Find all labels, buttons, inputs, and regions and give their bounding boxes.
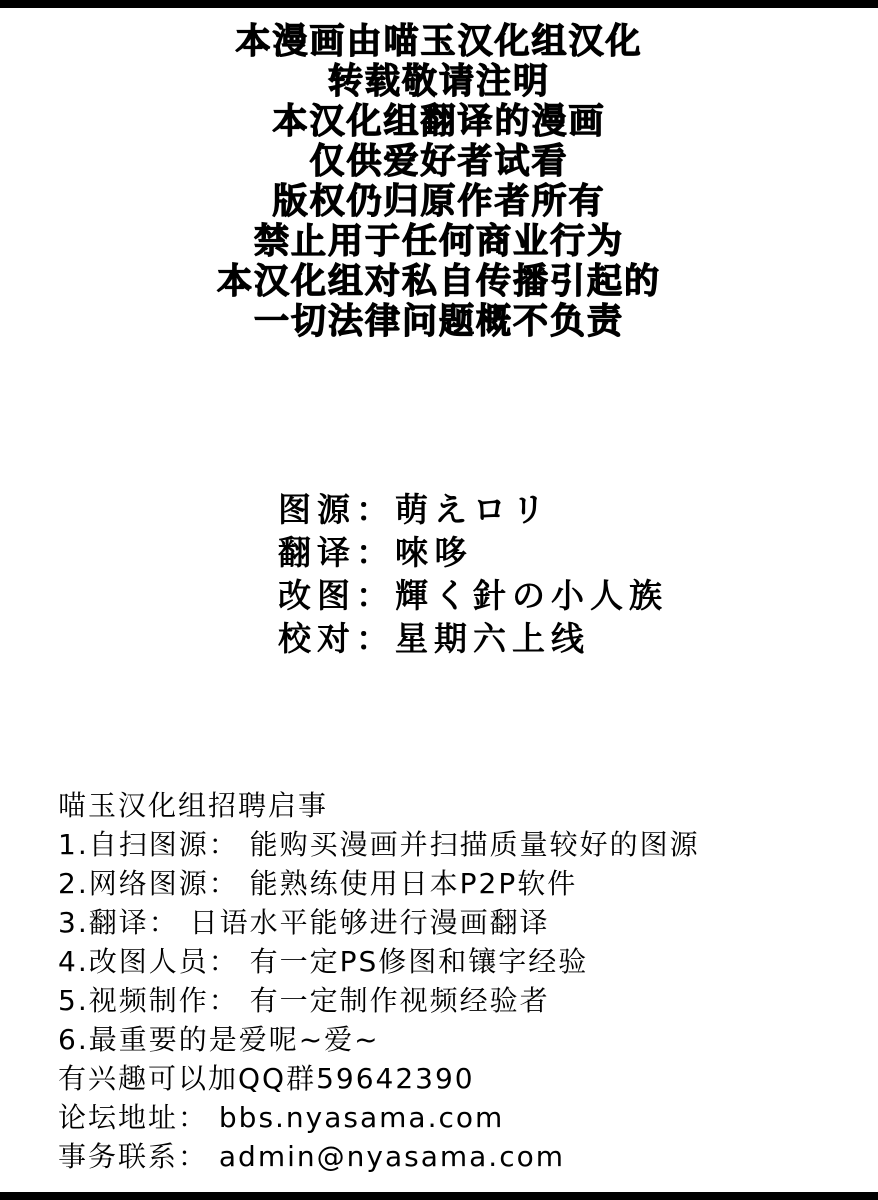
credit-role-label: 校对： (278, 619, 395, 658)
forum-address-line: 论坛地址： bbs.nyasama.com (58, 1098, 700, 1137)
credit-person-name: 唻哆 (395, 533, 473, 572)
disclaimer-block: 本漫画由喵玉汉化组汉化 转载敬请注明 本汉化组翻译的漫画 仅供爱好者试看 版权仍… (0, 22, 878, 342)
bottom-edge-bar (0, 1192, 878, 1200)
disclaimer-line: 版权仍归原作者所有 (0, 182, 878, 222)
credit-row-editor: 改图：輝く針の小人族 (278, 574, 668, 617)
scanlation-credits-page: { "page": { "background": "#ffffff", "te… (0, 0, 878, 1200)
recruitment-block: 喵玉汉化组招聘启事 1.自扫图源： 能购买漫画并扫描质量较好的图源 2.网络图源… (58, 786, 700, 1176)
disclaimer-line: 本汉化组翻译的漫画 (0, 102, 878, 142)
recruitment-item: 6.最重要的是爱呢~爱~ (58, 1020, 700, 1059)
credit-person-name: 萌えロリ (395, 490, 551, 529)
credits-block: 图源：萌えロリ 翻译：唻哆 改图：輝く針の小人族 校对：星期六上线 (278, 488, 668, 660)
recruitment-title: 喵玉汉化组招聘启事 (58, 786, 700, 825)
credit-role-label: 图源： (278, 490, 395, 529)
recruitment-item: 5.视频制作： 有一定制作视频经验者 (58, 981, 700, 1020)
recruitment-item: 1.自扫图源： 能购买漫画并扫描质量较好的图源 (58, 825, 700, 864)
qq-group-line: 有兴趣可以加QQ群59642390 (58, 1059, 700, 1098)
credit-person-name: 星期六上线 (395, 619, 590, 658)
contact-email-line: 事务联系： admin@nyasama.com (58, 1137, 700, 1176)
disclaimer-line: 本汉化组对私自传播引起的 (0, 262, 878, 302)
credit-row-translator: 翻译：唻哆 (278, 531, 668, 574)
recruitment-item: 2.网络图源： 能熟练使用日本P2P软件 (58, 864, 700, 903)
top-edge-bar (0, 0, 878, 8)
disclaimer-line: 一切法律问题概不负责 (0, 302, 878, 342)
recruitment-item: 3.翻译： 日语水平能够进行漫画翻译 (58, 903, 700, 942)
credit-role-label: 改图： (278, 576, 395, 615)
disclaimer-line: 仅供爱好者试看 (0, 142, 878, 182)
credit-person-name: 輝く針の小人族 (395, 576, 668, 615)
credit-row-source: 图源：萌えロリ (278, 488, 668, 531)
disclaimer-line: 禁止用于任何商业行为 (0, 222, 878, 262)
credit-row-proofreader: 校对：星期六上线 (278, 617, 668, 660)
disclaimer-line: 本漫画由喵玉汉化组汉化 (0, 22, 878, 62)
disclaimer-line: 转载敬请注明 (0, 62, 878, 102)
credit-role-label: 翻译： (278, 533, 395, 572)
recruitment-item: 4.改图人员： 有一定PS修图和镶字经验 (58, 942, 700, 981)
